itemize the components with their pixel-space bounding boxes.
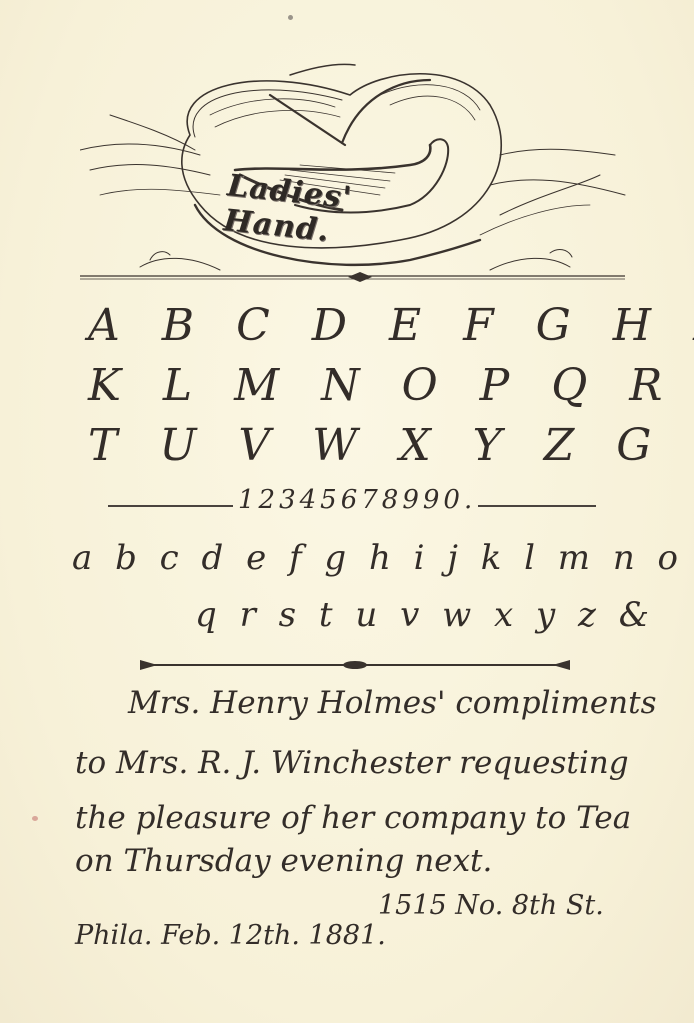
numerals: 12345678990. <box>238 485 476 515</box>
dateline: Phila. Feb. 12th. 1881. <box>75 920 386 951</box>
paper-speck <box>32 816 38 821</box>
paper-speck <box>288 15 293 20</box>
capitals-row-3: T U V W X Y Z G & L <box>88 420 694 471</box>
letter-line-3: the pleasure of her company to Tea <box>75 800 631 836</box>
address: 1515 No. 8th St. <box>378 890 604 921</box>
numerals-rule-right <box>478 505 596 507</box>
penmanship-page: Ladies' Hand. A B C D E F G H I J K L M … <box>0 0 694 1023</box>
capitals-row-1: A B C D E F G H I J <box>88 300 694 351</box>
numerals-rule-left <box>108 505 233 507</box>
ornamental-rule-icon <box>140 658 570 672</box>
letter-line-1: Mrs. Henry Holmes' compliments <box>128 685 657 721</box>
capitals-row-2: K L M N O P Q R S <box>88 360 694 411</box>
lowercase-row-2: q r s t u v w x y z & <box>195 595 655 635</box>
letter-line-2: to Mrs. R. J. Winchester requesting <box>75 745 629 781</box>
letter-line-4: on Thursday evening next. <box>75 843 492 879</box>
title-banner: Ladies' Hand. <box>223 178 457 252</box>
lowercase-row-1: a b c d e f g h i j k l m n o p <box>72 538 694 578</box>
